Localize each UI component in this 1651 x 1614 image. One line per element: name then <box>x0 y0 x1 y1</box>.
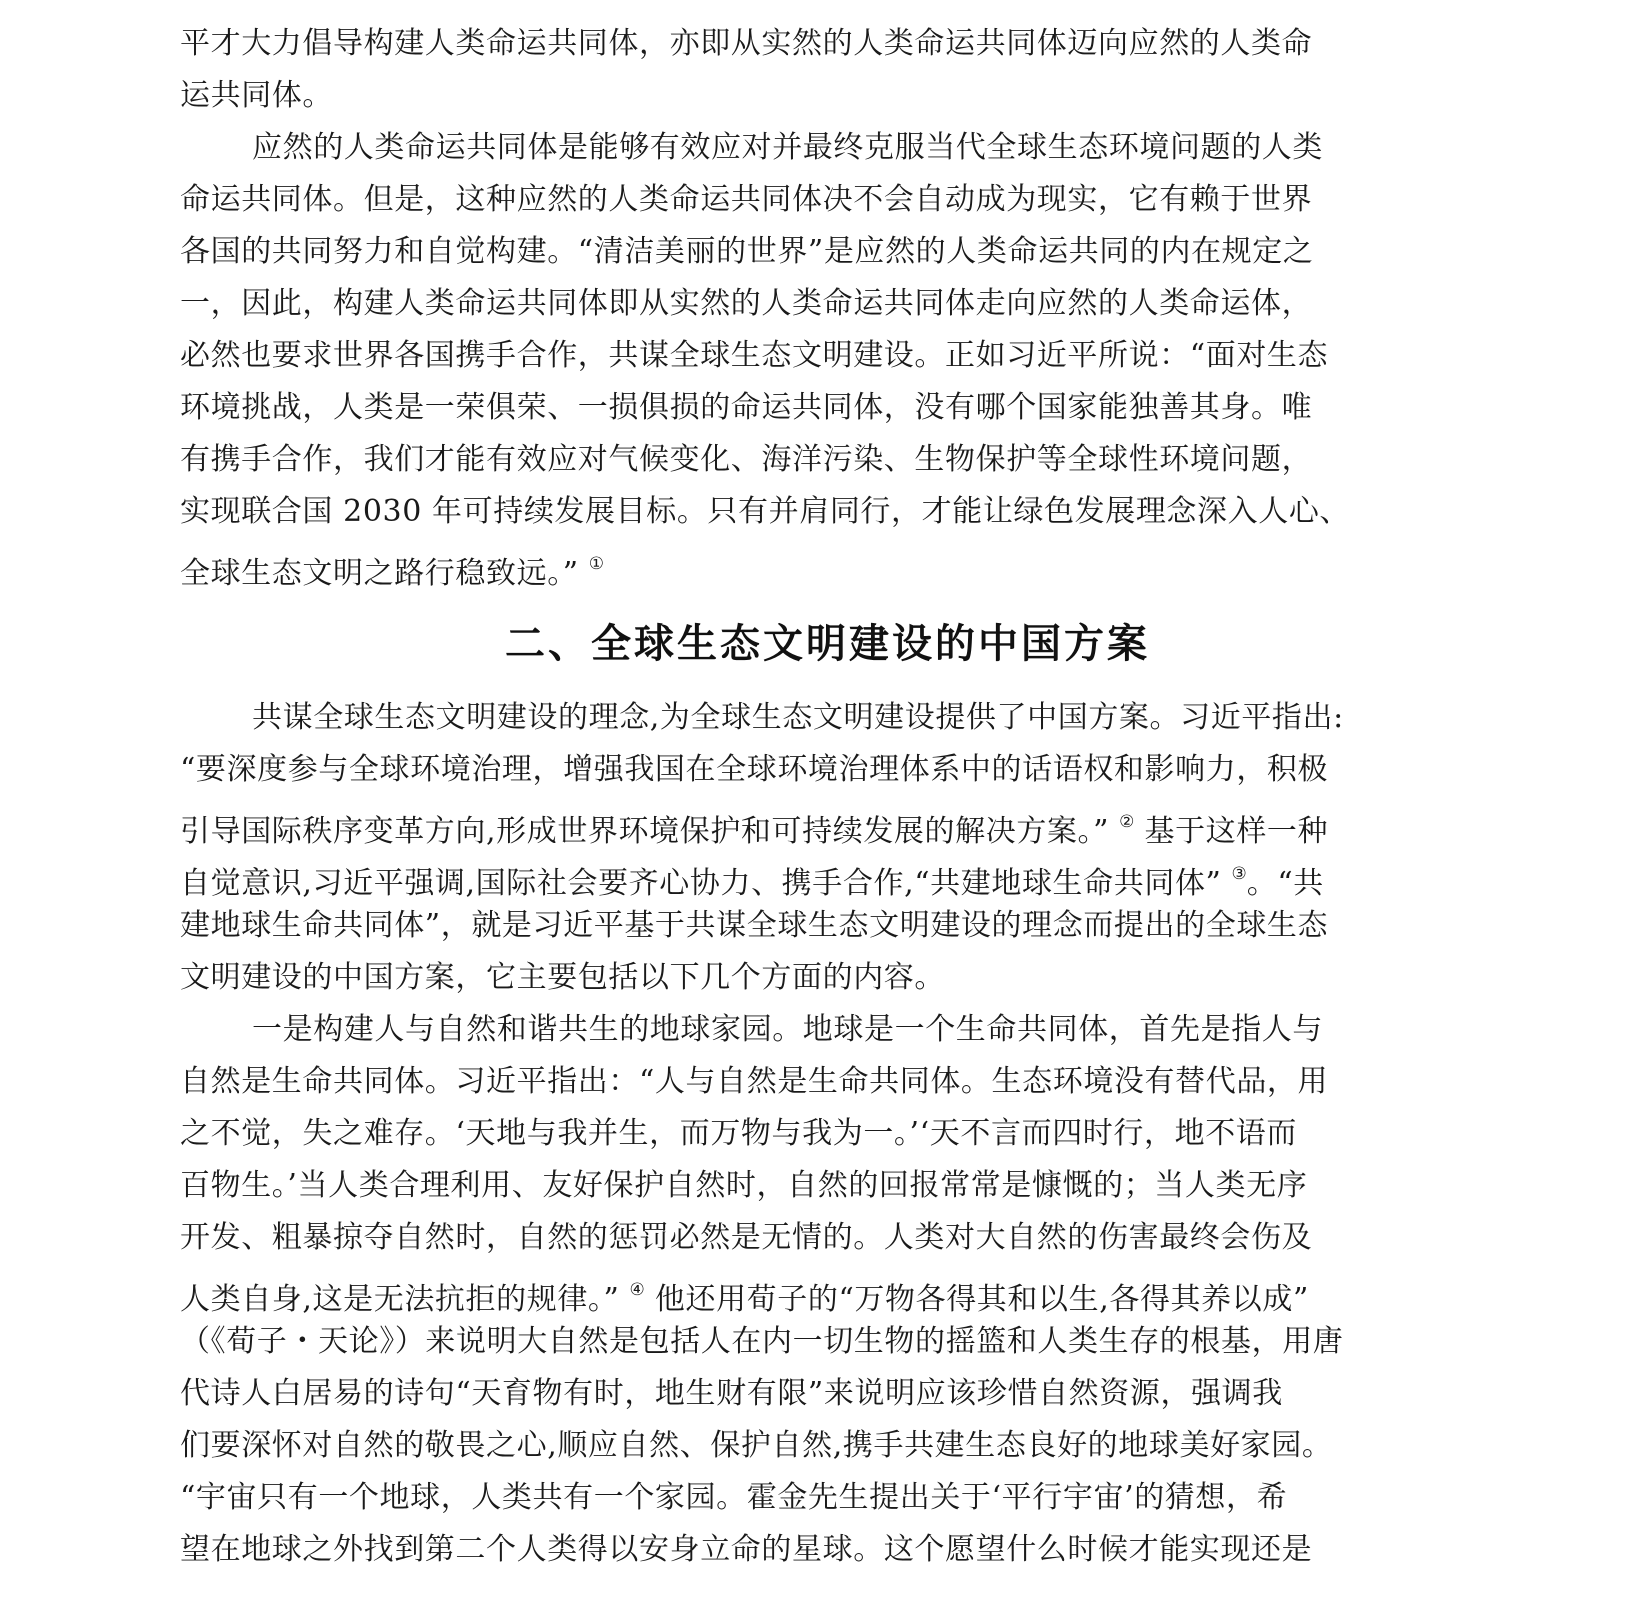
text-segment: 。“共 <box>1247 866 1324 901</box>
text-line: “要深度参与全球环境治理，增强我国在全球环境治理体系中的话语权和影响力，积极 <box>180 744 1475 796</box>
text-line: 们要深怀对自然的敬畏之心,顺应自然、保护自然,携手共建生态良好的地球美好家园。 <box>180 1420 1475 1472</box>
paragraph-community-of-shared-future: 应然的人类命运共同体是能够有效应对并最终克服当代全球生态环境问题的人类 命运共同… <box>180 122 1475 590</box>
footnote-marker-3: ③ <box>1231 864 1246 884</box>
text-line: 望在地球之外找到第二个人类得以安身立命的星球。这个愿望什么时候才能实现还是 <box>180 1524 1475 1576</box>
text-line: 文明建设的中国方案，它主要包括以下几个方面的内容。 <box>180 952 1475 1004</box>
text-line: 百物生。’当人类合理利用、友好保护自然时，自然的回报常常是慷慨的；当人类无序 <box>180 1160 1475 1212</box>
footnote-marker-4: ④ <box>629 1280 644 1300</box>
text-line: 人类自身,这是无法抗拒的规律。”④ 他还用荀子的“万物各得其和以生,各得其养以成… <box>180 1264 1475 1316</box>
text-line: 共谋全球生态文明建设的理念,为全球生态文明建设提供了中国方案。习近平指出: <box>180 692 1475 744</box>
paragraph-continuation: 平才大力倡导构建人类命运共同体，亦即从实然的人类命运共同体迈向应然的人类命 运共… <box>180 18 1475 122</box>
text-line: 开发、粗暴掠夺自然时，自然的惩罚必然是无情的。人类对大自然的伤害最终会伤及 <box>180 1212 1475 1264</box>
text-line: 一是构建人与自然和谐共生的地球家园。地球是一个生命共同体，首先是指人与 <box>180 1004 1475 1056</box>
text-line: 实现联合国 2030 年可持续发展目标。只有并肩同行，才能让绿色发展理念深入人心… <box>180 486 1475 538</box>
text-line: 自觉意识,习近平强调,国际社会要齐心协力、携手合作,“共建地球生命共同体”③。“… <box>180 848 1475 900</box>
text-line: （《荀子・天论》）来说明大自然是包括人在内一切生物的摇篮和人类生存的根基，用唐 <box>180 1316 1475 1368</box>
text-line: 引导国际秩序变革方向,形成世界环境保护和可持续发展的解决方案。”② 基于这样一种 <box>180 796 1475 848</box>
text-line: 建地球生命共同体”，就是习近平基于共谋全球生态文明建设的理念而提出的全球生态 <box>180 900 1475 952</box>
text-segment: 基于这样一种 <box>1144 814 1328 849</box>
text-segment: 全球生态文明之路行稳致远。” <box>180 556 579 591</box>
text-line: 代诗人白居易的诗句“天育物有时，地生财有限”来说明应该珍惜自然资源，强调我 <box>180 1368 1475 1420</box>
text-line: 命运共同体。但是，这种应然的人类命运共同体决不会自动成为现实，它有赖于世界 <box>180 174 1475 226</box>
text-line: 环境挑战，人类是一荣俱荣、一损俱损的命运共同体，没有哪个国家能独善其身。唯 <box>180 382 1475 434</box>
footnote-marker-2: ② <box>1119 812 1134 832</box>
text-line: 运共同体。 <box>180 70 1475 122</box>
text-segment: 引导国际秩序变革方向,形成世界环境保护和可持续发展的解决方案。” <box>180 814 1109 849</box>
paragraph-harmony-with-nature: 一是构建人与自然和谐共生的地球家园。地球是一个生命共同体，首先是指人与 自然是生… <box>180 1004 1475 1576</box>
text-segment: 人类自身,这是无法抗拒的规律。” <box>180 1282 619 1317</box>
text-segment: 他还用荀子的“万物各得其和以生,各得其养以成” <box>655 1282 1309 1317</box>
text-line: 一，因此，构建人类命运共同体即从实然的人类命运共同体走向应然的人类命运体， <box>180 278 1475 330</box>
footnote-marker-1: ① <box>589 554 604 574</box>
document-page: 平才大力倡导构建人类命运共同体，亦即从实然的人类命运共同体迈向应然的人类命 运共… <box>180 18 1475 1576</box>
paragraph-china-solution: 共谋全球生态文明建设的理念,为全球生态文明建设提供了中国方案。习近平指出: “要… <box>180 692 1475 1004</box>
section-heading: 二、全球生态文明建设的中国方案 <box>180 604 1475 684</box>
text-line: 有携手合作，我们才能有效应对气候变化、海洋污染、生物保护等全球性环境问题， <box>180 434 1475 486</box>
text-line: 自然是生命共同体。习近平指出：“人与自然是生命共同体。生态环境没有替代品，用 <box>180 1056 1475 1108</box>
text-line: 各国的共同努力和自觉构建。“清洁美丽的世界”是应然的人类命运共同的内在规定之 <box>180 226 1475 278</box>
text-line: 之不觉，失之难存。‘天地与我并生，而万物与我为一。’‘天不言而四时行，地不语而 <box>180 1108 1475 1160</box>
text-line: 全球生态文明之路行稳致远。”① <box>180 538 1475 590</box>
text-line: 平才大力倡导构建人类命运共同体，亦即从实然的人类命运共同体迈向应然的人类命 <box>180 18 1475 70</box>
text-line: 应然的人类命运共同体是能够有效应对并最终克服当代全球生态环境问题的人类 <box>180 122 1475 174</box>
text-segment: 自觉意识,习近平强调,国际社会要齐心协力、携手合作,“共建地球生命共同体” <box>180 866 1221 901</box>
text-line: “宇宙只有一个地球，人类共有一个家园。霍金先生提出关于‘平行宇宙’的猜想，希 <box>180 1472 1475 1524</box>
text-line: 必然也要求世界各国携手合作，共谋全球生态文明建设。正如习近平所说：“面对生态 <box>180 330 1475 382</box>
